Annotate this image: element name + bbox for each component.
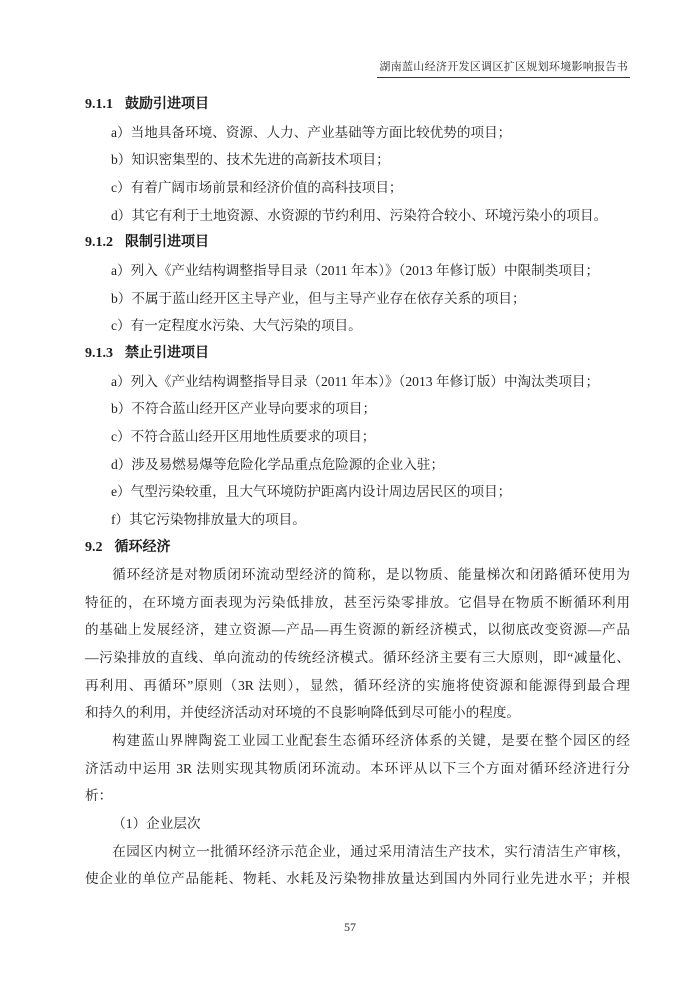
paragraph-line: 的基础上发展经济，建立资源—产品—再生资源的新经济模式，以彻底改变资源—产品 <box>85 616 630 644</box>
list-item: b）不属于蓝山经开区主导产业，但与主导产业存在依存关系的项目； <box>85 285 630 313</box>
section-number: 9.1.3 <box>85 346 113 361</box>
heading-9-1-1: 9.1.1鼓励引进项目 <box>85 91 630 119</box>
list-item: a）列入《产业结构调整指导目录（2011 年本）》（2013 年修订版）中限制类… <box>85 257 630 285</box>
list-item: e）气型污染较重，且大气环境防护距离内设计周边居民区的项目； <box>85 478 630 506</box>
paragraph-line: 和持久的利用，并使经济活动对环境的不良影响降低到尽可能小的程度。 <box>85 699 630 727</box>
list-item: a）当地具备环境、资源、人力、产业基础等方面比较优势的项目； <box>85 119 630 147</box>
section-title: 鼓励引进项目 <box>125 97 209 112</box>
list-item: f）其它污染物排放量大的项目。 <box>85 506 630 534</box>
paragraph-line: 使企业的单位产品能耗、物耗、水耗及污染物排放量达到国内外同行业先进水平；并根 <box>85 865 630 893</box>
list-item: d）涉及易燃易爆等危险化学品重点危险源的企业入驻； <box>85 451 630 479</box>
paragraph-line: 特征的，在环境方面表现为污染低排放，甚至污染零排放。它倡导在物质不断循环利用 <box>85 589 630 617</box>
section-number: 9.1.1 <box>85 97 113 112</box>
subsection-heading: （1）企业层次 <box>85 810 630 838</box>
paragraph-line: 在园区内树立一批循环经济示范企业，通过采用清洁生产技术，实行清洁生产审核， <box>85 838 630 866</box>
document-body: 9.1.1鼓励引进项目 a）当地具备环境、资源、人力、产业基础等方面比较优势的项… <box>85 91 630 893</box>
page-header: 湖南蓝山经济开发区调区扩区规划环境影响报告书 <box>85 60 630 78</box>
list-item: d）其它有利于土地资源、水资源的节约利用、污染符合较小、环境污染小的项目。 <box>85 202 630 230</box>
list-item: c）有着广阔市场前景和经济价值的高科技项目； <box>85 174 630 202</box>
section-title: 循环经济 <box>115 540 171 555</box>
paragraph-line: 循环经济是对物质闭环流动型经济的简称，是以物质、能量梯次和闭路循环使用为 <box>85 561 630 589</box>
paragraph-line: 构建蓝山界牌陶瓷工业园工业配套生态循环经济体系的关键，是要在整个园区的经 <box>85 727 630 755</box>
section-title: 限制引进项目 <box>125 235 209 250</box>
list-item: c）不符合蓝山经开区用地性质要求的项目； <box>85 423 630 451</box>
report-title: 湖南蓝山经济开发区调区扩区规划环境影响报告书 <box>377 60 630 78</box>
list-item: b）知识密集型的、技术先进的高新技术项目； <box>85 146 630 174</box>
heading-9-1-2: 9.1.2限制引进项目 <box>85 229 630 257</box>
page: 湖南蓝山经济开发区调区扩区规划环境影响报告书 9.1.1鼓励引进项目 a）当地具… <box>0 0 700 990</box>
list-item: c）有一定程度水污染、大气污染的项目。 <box>85 312 630 340</box>
list-item: b）不符合蓝山经开区产业导向要求的项目； <box>85 395 630 423</box>
paragraph-line: 析： <box>85 782 630 810</box>
paragraph-line: 再利用、再循环”原则（3R 法则），显然，循环经济的实施将使资源和能源得到最合理 <box>85 672 630 700</box>
page-number: 57 <box>0 920 700 935</box>
heading-9-2: 9.2循环经济 <box>85 534 630 562</box>
paragraph-line: —污染排放的直线、单向流动的传统经济模式。循环经济主要有三大原则，即“减量化、 <box>85 644 630 672</box>
section-number: 9.1.2 <box>85 235 113 250</box>
paragraph-line: 济活动中运用 3R 法则实现其物质闭环流动。本环评从以下三个方面对循环经济进行分 <box>85 755 630 783</box>
list-item: a）列入《产业结构调整指导目录（2011 年本）》（2013 年修订版）中淘汰类… <box>85 368 630 396</box>
section-number: 9.2 <box>85 540 103 555</box>
heading-9-1-3: 9.1.3禁止引进项目 <box>85 340 630 368</box>
section-title: 禁止引进项目 <box>125 346 209 361</box>
